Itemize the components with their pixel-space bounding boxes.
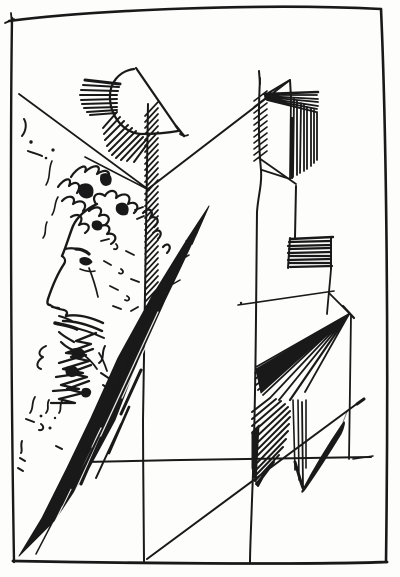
hatched-block: [288, 186, 354, 318]
under-nose-shadow: [52, 307, 59, 308]
underbeard-curl: [30, 397, 62, 413]
cross-line-dot: [240, 302, 242, 304]
frame-corner-mark: [5, 13, 14, 25]
stray-curl: [43, 161, 58, 238]
cheek-line: [89, 268, 98, 297]
stray-marks-left: [22, 119, 58, 238]
curtain-lines: [290, 97, 317, 179]
hair-curl: [58, 179, 79, 193]
fan-right-edge-vertical: [349, 315, 351, 459]
frame-left: [11, 18, 14, 562]
frame-right: [381, 9, 387, 562]
wedge-long-vertical: [302, 402, 303, 487]
hair-blob: [92, 221, 102, 230]
margin-dot: [45, 157, 48, 160]
moustache: [63, 315, 103, 331]
margin-dot: [29, 140, 32, 143]
sun-rays: [80, 80, 120, 115]
profile-brow-notch: [62, 256, 65, 264]
sketch-page: Black ink constructivist sketch: bearded…: [0, 0, 400, 577]
wedge-sparse-verticals: [293, 400, 306, 480]
sketch-canvas: Black ink constructivist sketch: bearded…: [0, 0, 400, 577]
eye: [80, 258, 92, 265]
beard-blob: [66, 366, 78, 376]
block-vertical-above: [295, 186, 296, 237]
beard-blob: [82, 388, 91, 397]
pole-hatching: [254, 91, 267, 161]
horizontal-line-lower: [84, 457, 371, 462]
hatch-stroke: [103, 112, 148, 162]
collar-marks: [18, 397, 62, 471]
eye-crease: [80, 269, 95, 271]
sun-hatch-patch: [103, 112, 148, 162]
collar-dot: [40, 415, 43, 418]
block-top-line: [290, 237, 333, 239]
hair-blob: [116, 203, 128, 215]
flag-fan-top: [264, 92, 318, 94]
stray-dot: [51, 148, 54, 151]
collar-mark: [18, 419, 62, 471]
hair-blob: [101, 174, 112, 186]
block-lines: [288, 241, 332, 267]
ray-stroke: [80, 85, 119, 115]
collar-dot: [49, 427, 52, 430]
flag-structure: [250, 71, 318, 562]
hair-blob: [79, 184, 93, 198]
hair-curl: [62, 197, 85, 211]
hatched-wedge: [252, 398, 306, 488]
cross-line-mid-right: [238, 291, 334, 305]
frame-top: [9, 7, 381, 21]
margin-hook: [22, 119, 42, 156]
collar-dot: [54, 417, 56, 419]
shallow-line-to-junction: [85, 157, 149, 190]
line-tip-blob: [357, 399, 364, 404]
frame-bottom: [13, 561, 387, 564]
sun-disc: [110, 68, 188, 136]
profile-nose: [47, 264, 64, 305]
beam-streak: [72, 400, 111, 488]
eyebrow-blob: [76, 249, 89, 254]
leaf-sliver: [302, 412, 347, 492]
